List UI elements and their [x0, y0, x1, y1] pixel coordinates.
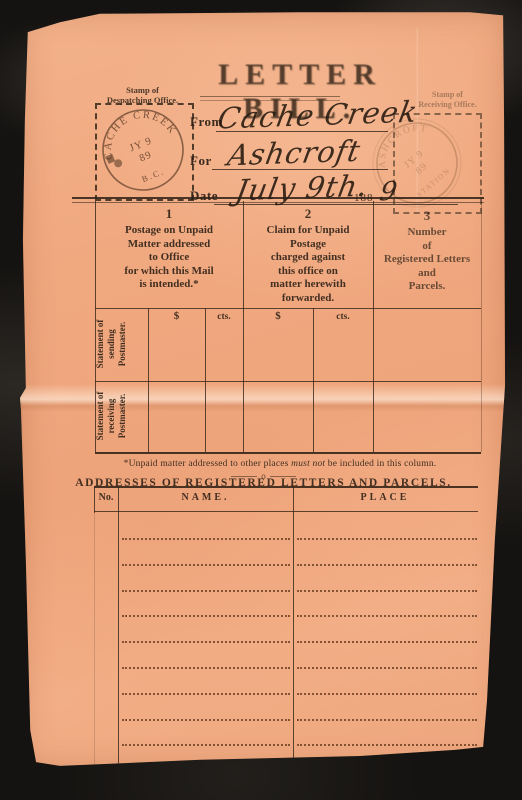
dollar-cts-separator-1 [205, 308, 206, 452]
registered-row-line [122, 615, 290, 617]
postmark-province: B.C. [140, 166, 166, 184]
dollar-header-1: $ [148, 310, 205, 322]
registered-row-line [297, 770, 477, 772]
table-bottom-rule [95, 452, 481, 454]
registered-row-line [122, 719, 290, 721]
footnote-emphasis: must not [291, 459, 325, 469]
registered-row-line [122, 667, 290, 669]
cts-header-1: cts. [205, 312, 243, 322]
name-column-rows [122, 486, 290, 776]
registered-row-line [122, 564, 290, 566]
registered-row-line [122, 538, 290, 540]
registered-row-line [122, 641, 290, 643]
cache-creek-postmark-icon: CACHE CREEK JY 9 89 B.C. [96, 103, 190, 197]
for-label: For [190, 153, 212, 169]
registered-row-line [297, 564, 477, 566]
header-bottom-rule [95, 308, 481, 309]
footnote: *Unpaid matter addressed to other places… [80, 459, 480, 469]
column-2-number: 2 [243, 206, 373, 222]
registered-row-line [297, 538, 477, 540]
registered-row-line [122, 590, 290, 592]
registered-row-line [122, 693, 290, 695]
postmark-date-year: 89 [138, 150, 154, 165]
column-1-number: 1 [95, 206, 243, 222]
registered-row-line [297, 693, 477, 695]
registered-row-line [297, 615, 477, 617]
table-border-right [481, 201, 482, 452]
row-divider-rule [95, 381, 481, 382]
addr-name-place-separator [293, 486, 294, 776]
receiving-postmaster-label: Statement of receiving Postmaster. [95, 356, 147, 476]
despatching-office-label: Stamp of Despatching Office. [90, 85, 195, 105]
from-value-handwriting: Cache Creek [215, 94, 421, 135]
fold-crease [20, 384, 507, 412]
statement-label-separator [148, 308, 149, 452]
registered-row-line [297, 590, 477, 592]
column-3-number: 3 [373, 208, 481, 224]
photo-background: LETTER BILL. Stamp of Despatching Office… [0, 0, 522, 800]
addr-no-name-separator [118, 486, 119, 776]
column-1-heading: 1 Postage on Unpaid Matter addressed to … [95, 206, 243, 292]
dollar-header-2: $ [243, 310, 313, 322]
column-2-heading: 2 Claim for Unpaid Postage charged again… [243, 206, 373, 305]
addr-header-no: No. [94, 492, 118, 503]
dollar-cts-separator-2 [313, 308, 314, 452]
registered-row-line [297, 641, 477, 643]
column-3-heading: 3 Number of Registered Letters and Parce… [373, 208, 481, 294]
place-column-rows [297, 486, 477, 776]
letter-bill-document: LETTER BILL. Stamp of Despatching Office… [20, 10, 507, 772]
registered-row-line [297, 667, 477, 669]
cts-header-2: cts. [313, 312, 373, 322]
registered-row-line [297, 719, 477, 721]
registered-row-line [297, 744, 477, 746]
addr-border-left-faint [94, 513, 95, 771]
registered-row-line [122, 744, 290, 746]
section-divider-rule [72, 197, 484, 203]
for-value-handwriting: Ashcroft [225, 134, 363, 173]
registered-row-line [122, 770, 290, 772]
